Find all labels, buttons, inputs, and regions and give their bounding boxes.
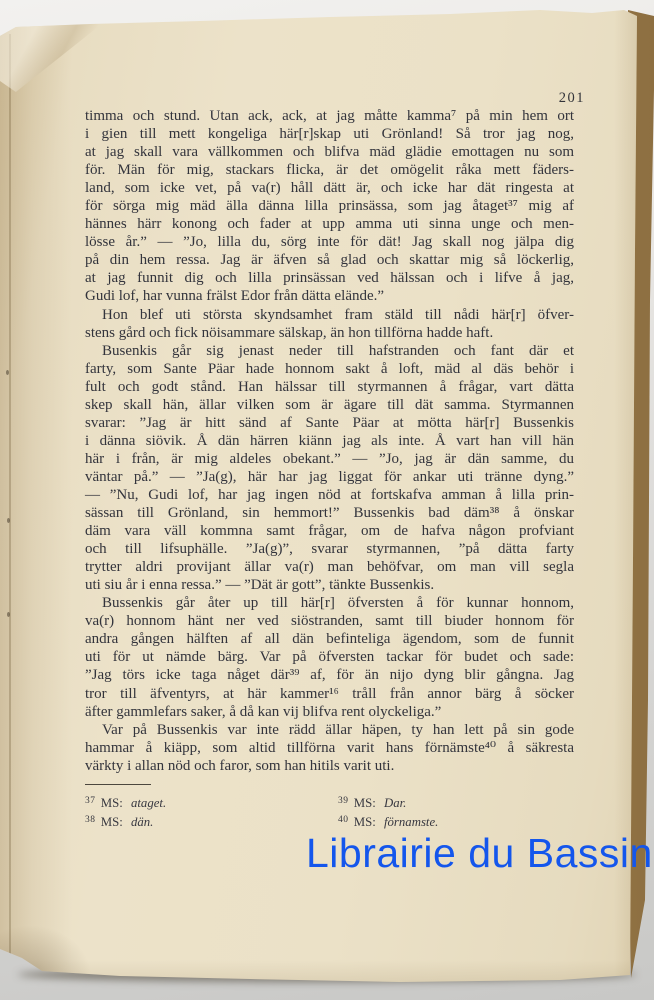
footnote-rule — [85, 784, 151, 785]
text-line: Var på Bussenkis var inte rädd ällar häp… — [85, 721, 574, 739]
text-line: timma och stund. Utan ack, ack, at jag m… — [85, 107, 574, 125]
text-line: tror till äfventyrs, at här kammer¹⁶ trå… — [85, 685, 574, 703]
text-line: Busenkis går sig jenast neder till hafst… — [85, 342, 574, 360]
text-line: på din hem ressa. Jag är äfven så glad o… — [85, 251, 574, 269]
footnote-entry: 39 MS: Dar. — [338, 793, 438, 812]
gutter-crease — [9, 34, 11, 954]
footnote-marker: 38 — [85, 815, 96, 825]
text-line: och till lifsuphälle. ”Ja(g)”, svarar st… — [85, 540, 574, 558]
text-line: Bussenkis går åter up till här[r] öfvers… — [85, 594, 574, 612]
text-line: hammar å kiäpp, som altid tillförna vari… — [85, 739, 574, 757]
text-line: väntar på.” — ”Ja(g), här har jag liggat… — [85, 468, 574, 486]
text-line: värkty i allan nöd och faror, som han hi… — [85, 757, 574, 775]
footnote-label: MS: — [101, 796, 123, 810]
text-line: stens gård och fick nöisammare sälskap, … — [85, 324, 574, 342]
footnote-column-left: 37 MS: ataget. 38 MS: dän. — [85, 793, 166, 831]
book-photo: 201 timma och stund. Utan ack, ack, at j… — [0, 0, 654, 1000]
footnote-term: dän. — [131, 815, 153, 829]
footnote-label: MS: — [101, 815, 123, 829]
text-line: i gien till mett kongeliga här[r]skap ut… — [85, 125, 574, 143]
edge-shading-bottom — [0, 960, 654, 986]
footnote-term: Dar. — [384, 796, 406, 810]
text-line: Hon blef uti största skyndsamhet fram st… — [85, 306, 574, 324]
text-line: Gudi lof, har vunna frälst Edor från dät… — [85, 287, 574, 305]
footnote-label: MS: — [354, 815, 376, 829]
footnote-entry: 38 MS: dän. — [85, 812, 166, 831]
text-line: för. Män för mig, stackars flicka, är de… — [85, 161, 574, 179]
text-line: i dänna siövik. Å dän härren kiänn jag a… — [85, 432, 574, 450]
binding-speck — [6, 370, 9, 375]
text-line: va(r) honnom hänt ner ved siöstranden, s… — [85, 612, 574, 630]
text-line: hännes härr konong och fader at upp amma… — [85, 215, 574, 233]
text-line: svarar: ”Jag är hitt sänd af Sante Päar … — [85, 414, 574, 432]
binding-speck — [7, 612, 10, 617]
text-line: lösse år.” — ”Jo, lilla du, sörg inte fö… — [85, 233, 574, 251]
binding-speck — [7, 518, 10, 523]
text-line: — ”Nu, Gudi lof, har jag ingen nöd at fo… — [85, 486, 574, 504]
text-line: trytter aldri provijant ällar va(r) man … — [85, 558, 574, 576]
text-line: däm vara väll kommna samt frågar, om de … — [85, 522, 574, 540]
footnote-marker: 39 — [338, 796, 349, 806]
footnote-entry: 37 MS: ataget. — [85, 793, 166, 812]
text-line: ”Jag törs icke taga någet där³⁹ af, för … — [85, 666, 574, 684]
footnote-entry: 40 MS: förnamste. — [338, 812, 438, 831]
text-line: sässan till Grönland, sin hemmort!” Buss… — [85, 504, 574, 522]
footnote-marker: 40 — [338, 815, 349, 825]
text-line: at jag skall vara vällkommen och blifva … — [85, 143, 574, 161]
text-line: land, som icke vet, på va(r) håll dätt ä… — [85, 179, 574, 197]
text-line: uti för ut nämde bärg. Var på öfversten … — [85, 648, 574, 666]
text-line: farty, som Sante Päar hade honnom sakt å… — [85, 360, 574, 378]
page-number: 201 — [493, 90, 585, 107]
body-text: timma och stund. Utan ack, ack, at jag m… — [85, 107, 574, 775]
text-line: äfter gammlefars saker, å då kan vij bli… — [85, 703, 574, 721]
text-line: at jag funnit dig och lilla prinsässan v… — [85, 269, 574, 287]
footnote-column-right: 39 MS: Dar. 40 MS: förnamste. — [338, 793, 438, 831]
bookseller-watermark: Librairie du Bassin — [306, 830, 653, 877]
footnote-term: ataget. — [131, 796, 166, 810]
text-line: här i från, är mig aldeles obekant.” — ”… — [85, 450, 574, 468]
text-line: andra gången hälften af all dän befintel… — [85, 630, 574, 648]
text-line: fult och godt stånd. Han hälssar till st… — [85, 378, 574, 396]
text-line: uti siu år i enna ressa.” — ”Dät är gott… — [85, 576, 574, 594]
footnote-label: MS: — [354, 796, 376, 810]
text-line: för sörga mig mäd älla dänna lilla prins… — [85, 197, 574, 215]
text-line: skep skall hän, ällar vilken som är ägar… — [85, 396, 574, 414]
footnote-marker: 37 — [85, 796, 96, 806]
footnote-term: förnamste. — [384, 815, 438, 829]
